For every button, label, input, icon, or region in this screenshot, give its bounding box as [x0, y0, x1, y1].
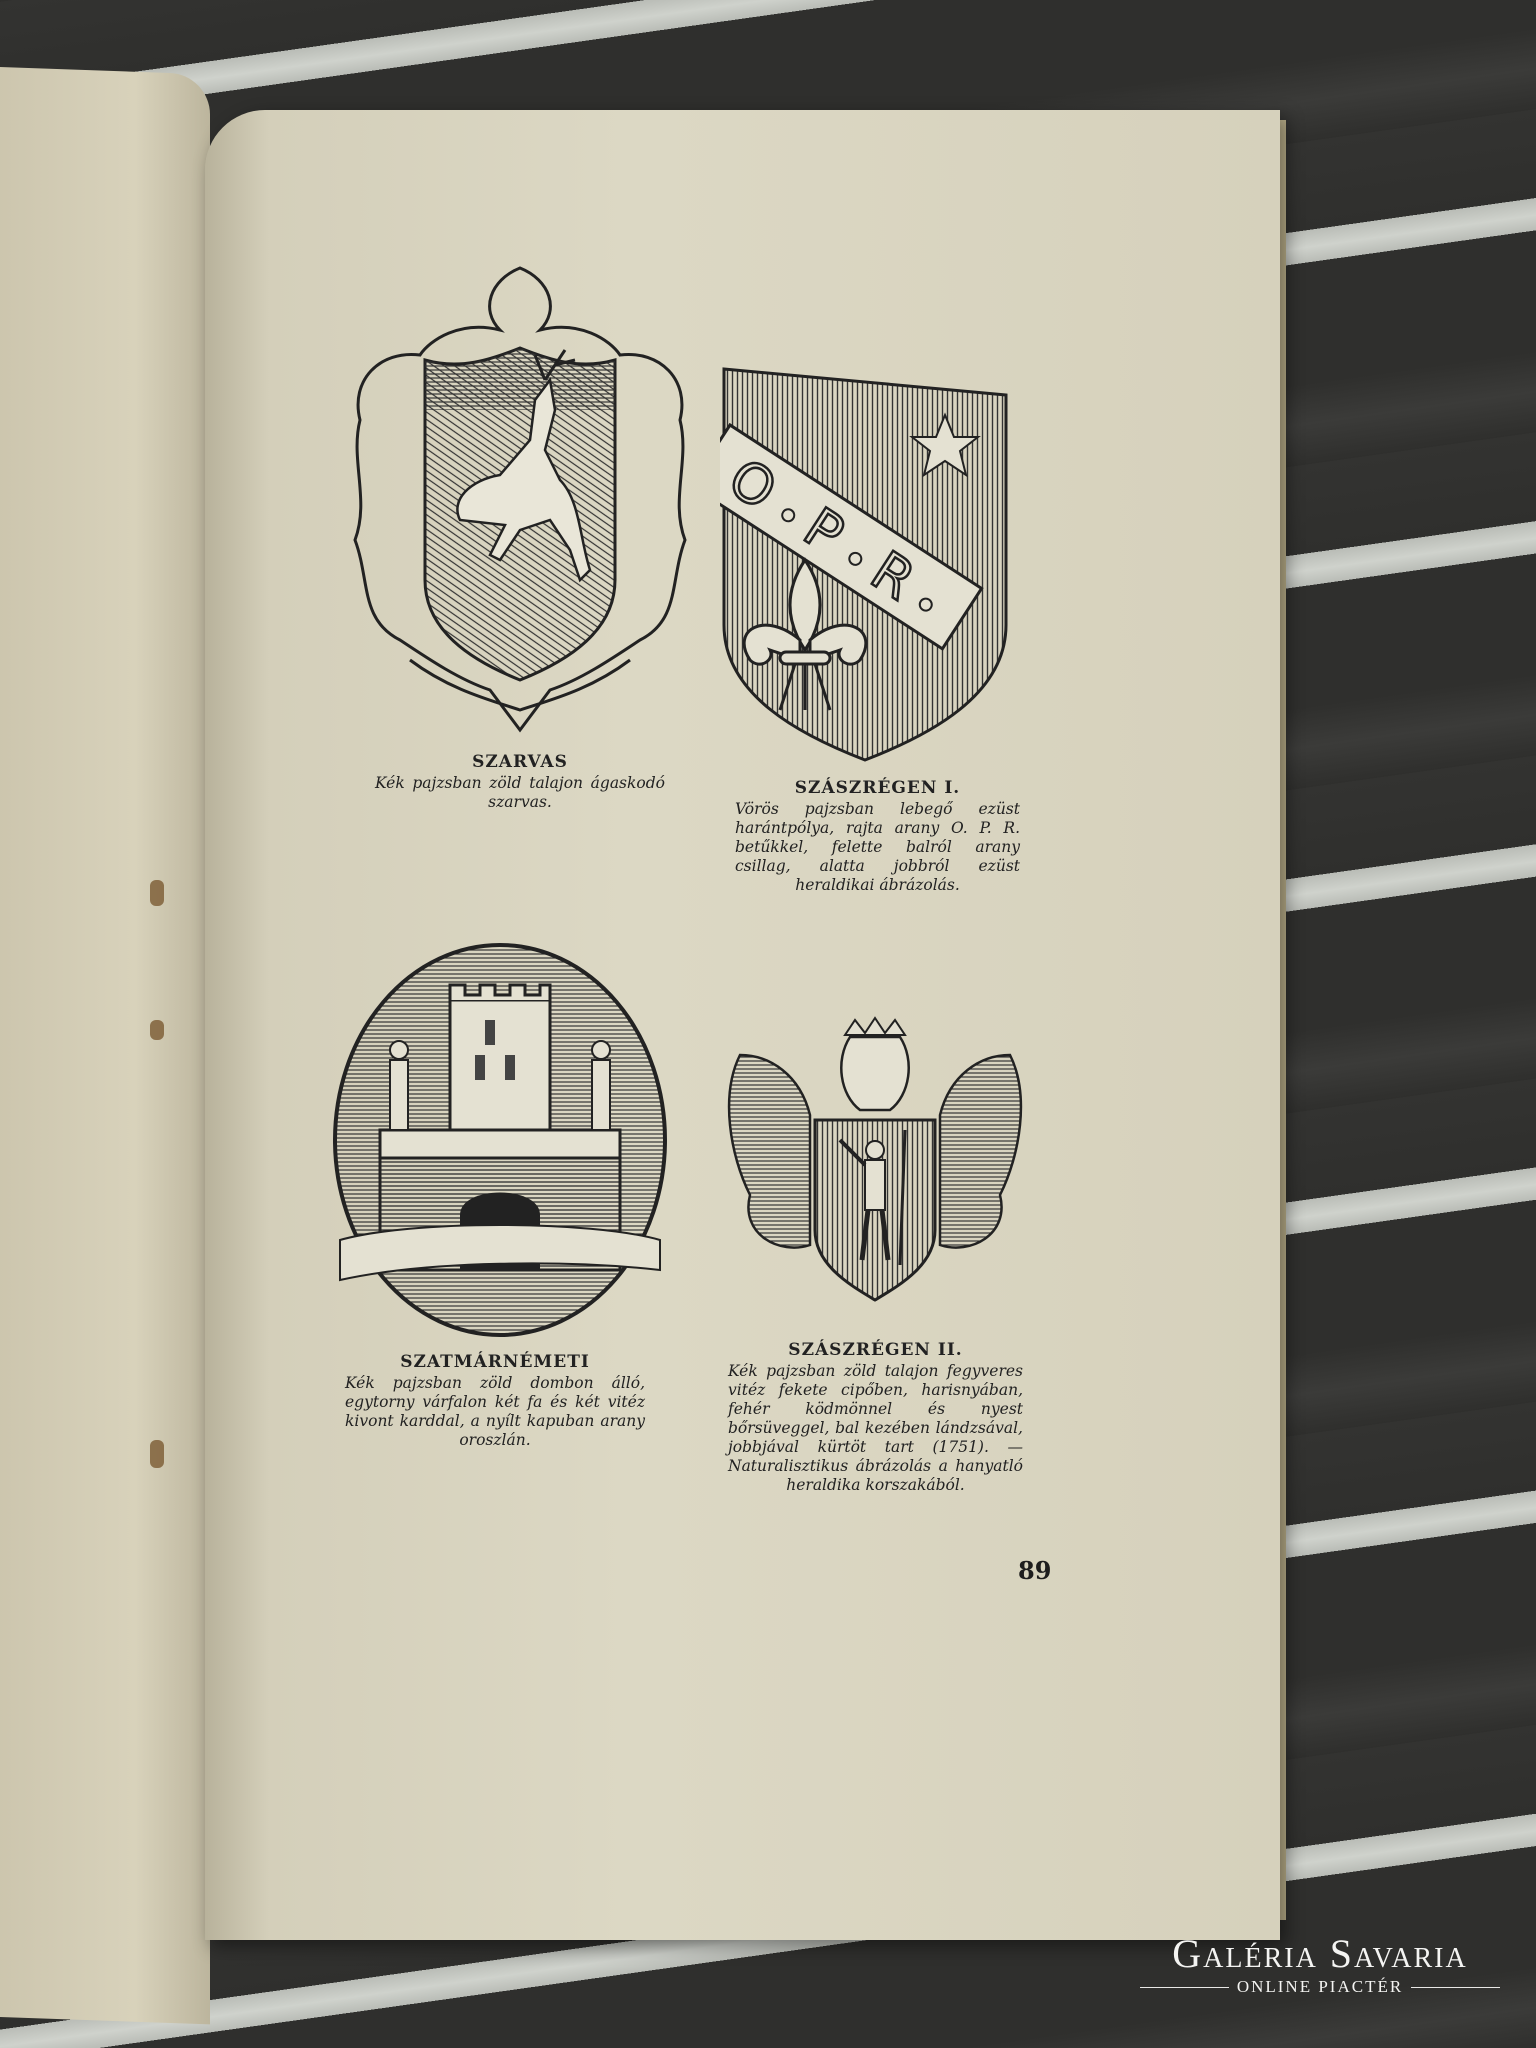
entry-description: Vörös pajzsban lebegő ezüst harántpólya,… — [735, 800, 1020, 895]
entry-description: Kék pajzsban zöld dombon álló, egytorny … — [345, 1374, 645, 1450]
entry-szatmarnemeti: SZATMÁRNÉMETI Kék pajzsban zöld dombon á… — [345, 1352, 645, 1450]
crown-icon — [845, 1018, 905, 1035]
soldier-helmet-coat-of-arms-figure — [720, 1015, 1030, 1305]
helmet-icon — [841, 1037, 908, 1110]
entry-szaszregen-1: SZÁSZRÉGEN I. Vörös pajzsban lebegő ezüs… — [735, 778, 1020, 895]
left-book-page — [0, 66, 210, 2025]
entry-title: SZARVAS — [375, 752, 665, 772]
entry-title: SZÁSZRÉGEN II. — [728, 1340, 1023, 1360]
watermark-brand: Galéria Savaria — [1140, 1930, 1500, 1977]
stag-coat-of-arms-figure — [340, 260, 700, 740]
binding-stain — [150, 1020, 164, 1040]
castle-coat-of-arms-figure — [330, 940, 670, 1340]
watermark-subtitle: ONLINE PIACTÉR — [1140, 1977, 1500, 1997]
entry-szarvas: SZARVAS Kék pajzsban zöld talajon ágasko… — [375, 752, 665, 812]
soldier-left-icon — [390, 1041, 408, 1130]
entry-title: SZATMÁRNÉMETI — [345, 1352, 645, 1372]
entry-szaszregen-2: SZÁSZRÉGEN II. Kék pajzsban zöld talajon… — [728, 1340, 1023, 1495]
binding-stain — [150, 880, 164, 906]
binding-stain — [150, 1440, 164, 1468]
galeria-savaria-watermark: Galéria Savaria ONLINE PIACTÉR — [1140, 1930, 1500, 1997]
soldier-right-icon — [592, 1041, 610, 1130]
page-number: 89 — [1018, 1556, 1051, 1585]
entry-description: Kék pajzsban zöld talajon ágaskodó szarv… — [375, 774, 665, 812]
entry-description: Kék pajzsban zöld talajon fegyveres vité… — [728, 1362, 1023, 1495]
entry-title: SZÁSZRÉGEN I. — [735, 778, 1020, 798]
opr-bend-coat-of-arms-figure: O P R — [720, 365, 1010, 765]
